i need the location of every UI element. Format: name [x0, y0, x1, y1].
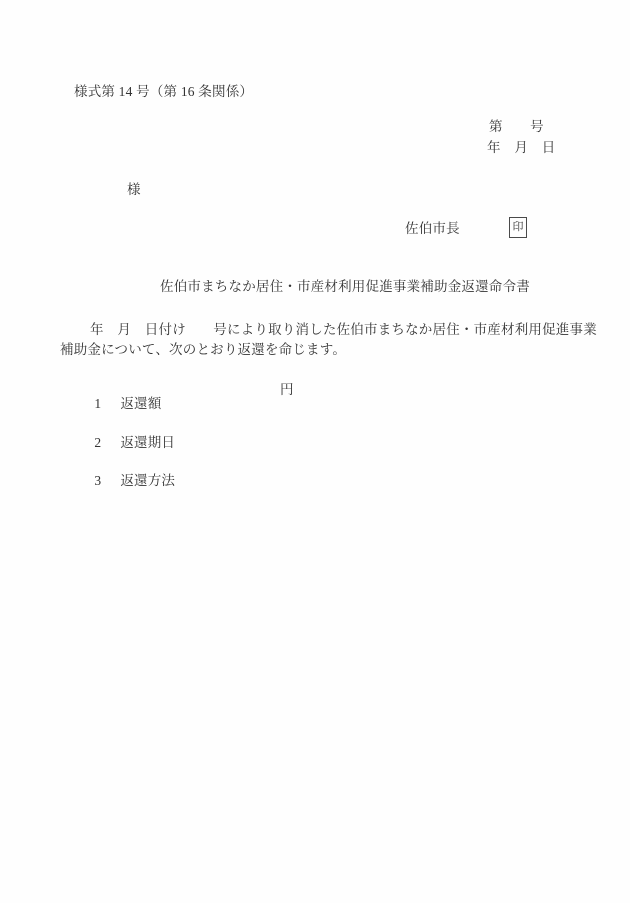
- document-title: 佐伯市まちなか居住・市産材利用促進事業補助金返還命令書: [160, 280, 530, 294]
- body-paragraph-line-2: 補助金について、次のとおり返還を命じます。: [60, 343, 346, 357]
- item-number: 3: [94, 474, 120, 488]
- body-paragraph-line-1: 年 月 日付け 号により取り消した佐伯市まちなか居住・市産材利用促進事業: [90, 323, 597, 337]
- item-repayment-deadline: 2返還期日: [80, 422, 175, 463]
- document-page: 様式第 14 号（第 16 条関係） 第 号 年 月 日 様 佐伯市長 印 佐伯…: [0, 0, 630, 903]
- item-label: 返還額: [120, 396, 161, 411]
- date-line: 年 月 日: [487, 141, 556, 155]
- form-number: 様式第 14 号（第 16 条関係）: [74, 85, 253, 99]
- issuer-name: 佐伯市長: [405, 222, 460, 236]
- addressee-suffix: 様: [127, 183, 141, 197]
- currency-unit-label: 円: [280, 383, 294, 397]
- item-label: 返還方法: [120, 473, 175, 488]
- item-label: 返還期日: [120, 435, 175, 450]
- item-number: 1: [94, 397, 120, 411]
- seal-mark: 印: [509, 217, 527, 238]
- item-number: 2: [94, 436, 120, 450]
- document-number-line: 第 号: [489, 120, 544, 134]
- item-repayment-method: 3返還方法: [80, 460, 175, 501]
- seal-character: 印: [513, 222, 524, 233]
